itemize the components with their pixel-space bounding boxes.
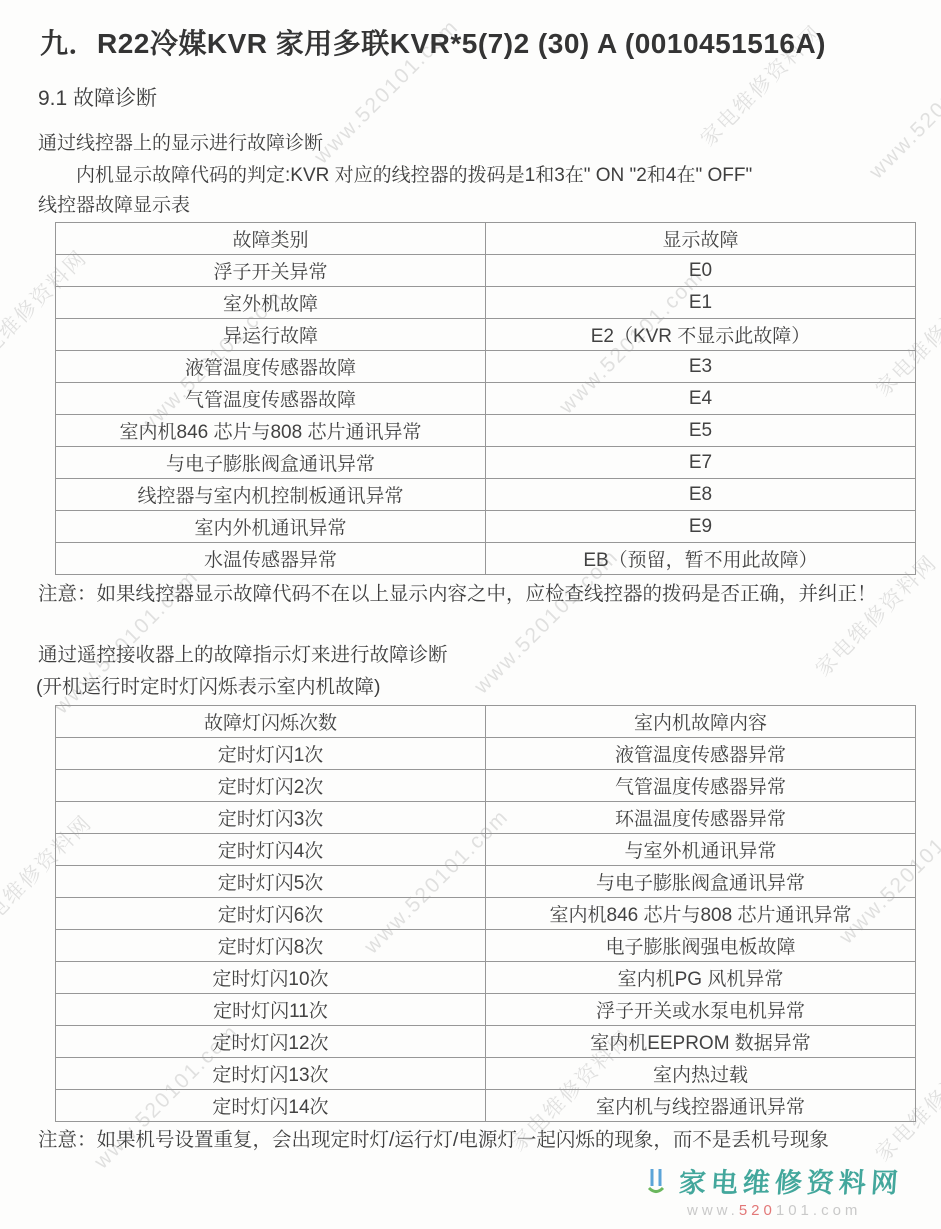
- table-row: 定时灯闪8次电子膨胀阀强电板故障: [56, 930, 916, 962]
- site-logo-icon: [647, 1165, 675, 1200]
- wire-controller-fault-table: 故障类别 显示故障 浮子开关异常E0室外机故障E1异运行故障E2（KVR 不显示…: [55, 222, 916, 575]
- table-cell: 线控器与室内机控制板通讯异常: [56, 479, 486, 511]
- table-cell: 室内机EEPROM 数据异常: [486, 1026, 916, 1058]
- table-row: 定时灯闪4次与室外机通讯异常: [56, 834, 916, 866]
- table-cell: 异运行故障: [56, 319, 486, 351]
- site-watermark-corner: 家电维修资料网 www.520101.com: [647, 1161, 935, 1219]
- table-cell: E4: [486, 383, 916, 415]
- table-row: 与电子膨胀阀盒通讯异常E7: [56, 447, 916, 479]
- table-cell: 定时灯闪11次: [56, 994, 486, 1026]
- site-url-text: www.520101.com: [687, 1202, 935, 1219]
- table-cell: 室内机846 芯片与808 芯片通讯异常: [486, 898, 916, 930]
- table-cell: 室内机与线控器通讯异常: [486, 1090, 916, 1122]
- note-after-table2: 注意：如果机号设置重复，会出现定时灯/运行灯/电源灯一起闪烁的现象，而不是丢机号…: [38, 1125, 926, 1156]
- table-cell: 与电子膨胀阀盒通讯异常: [486, 866, 916, 898]
- table-cell: 定时灯闪8次: [56, 930, 486, 962]
- table-cell: 气管温度传感器故障: [56, 383, 486, 415]
- table-cell: E7: [486, 447, 916, 479]
- table-cell: 与室外机通讯异常: [486, 834, 916, 866]
- table-cell: 室内热过载: [486, 1058, 916, 1090]
- table-row: 定时灯闪14次室内机与线控器通讯异常: [56, 1090, 916, 1122]
- column-header: 显示故障: [486, 223, 916, 255]
- table-row: 液管温度传感器故障E3: [56, 351, 916, 383]
- table-row: 气管温度传感器故障E4: [56, 383, 916, 415]
- document-page: 九．R22冷媒KVR 家用多联KVR*5(7)2 (30) A (0010451…: [0, 26, 941, 1156]
- table-cell: 定时灯闪5次: [56, 866, 486, 898]
- table-row: 定时灯闪11次浮子开关或水泵电机异常: [56, 994, 916, 1026]
- table-cell: EB（预留，暂不用此故障）: [486, 543, 916, 575]
- table-row: 定时灯闪10次室内机PG 风机异常: [56, 962, 916, 994]
- table-cell: 环温温度传感器异常: [486, 802, 916, 834]
- table-header-row: 故障类别 显示故障: [56, 223, 916, 255]
- column-header: 室内机故障内容: [486, 706, 916, 738]
- table-cell: 电子膨胀阀强电板故障: [486, 930, 916, 962]
- table-cell: 定时灯闪1次: [56, 738, 486, 770]
- site-name-text: 家电维修资料网: [678, 1161, 905, 1200]
- table-cell: 定时灯闪3次: [56, 802, 486, 834]
- intro-line-2: 内机显示故障代码的判定:KVR 对应的线控器的拨码是1和3在" ON "2和4在…: [76, 162, 941, 190]
- table-cell: 定时灯闪10次: [56, 962, 486, 994]
- intro-line-1: 通过线控器上的显示进行故障诊断: [38, 130, 941, 158]
- table-cell: 液管温度传感器异常: [486, 738, 916, 770]
- table-row: 定时灯闪6次室内机846 芯片与808 芯片通讯异常: [56, 898, 916, 930]
- table-row: 定时灯闪12次室内机EEPROM 数据异常: [56, 1026, 916, 1058]
- table-cell: E1: [486, 287, 916, 319]
- intro-line-3: 线控器故障显示表: [38, 192, 941, 220]
- indicator-lamp-fault-table: 故障灯闪烁次数 室内机故障内容 定时灯闪1次液管温度传感器异常定时灯闪2次气管温…: [55, 705, 916, 1122]
- table-row: 定时灯闪13次室内热过载: [56, 1058, 916, 1090]
- table-row: 室内外机通讯异常E9: [56, 511, 916, 543]
- table-cell: E9: [486, 511, 916, 543]
- table-row: 线控器与室内机控制板通讯异常E8: [56, 479, 916, 511]
- note-after-table1: 注意：如果线控器显示故障代码不在以上显示内容之中，应检查线控器的拨码是否正确，并…: [38, 579, 926, 610]
- table-cell: E0: [486, 255, 916, 287]
- table-cell: 液管温度传感器故障: [56, 351, 486, 383]
- table-header-row: 故障灯闪烁次数 室内机故障内容: [56, 706, 916, 738]
- table-row: 异运行故障E2（KVR 不显示此故障）: [56, 319, 916, 351]
- table-cell: 定时灯闪2次: [56, 770, 486, 802]
- table-cell: E2（KVR 不显示此故障）: [486, 319, 916, 351]
- table-row: 室外机故障E1: [56, 287, 916, 319]
- table-cell: 室内外机通讯异常: [56, 511, 486, 543]
- table-row: 定时灯闪1次液管温度传感器异常: [56, 738, 916, 770]
- table-row: 定时灯闪2次气管温度传感器异常: [56, 770, 916, 802]
- table-cell: 与电子膨胀阀盒通讯异常: [56, 447, 486, 479]
- table-cell: E5: [486, 415, 916, 447]
- section2-subheading: (开机运行时定时灯闪烁表示室内机故障): [36, 672, 941, 702]
- table-row: 定时灯闪5次与电子膨胀阀盒通讯异常: [56, 866, 916, 898]
- column-header: 故障灯闪烁次数: [56, 706, 486, 738]
- table-cell: 室外机故障: [56, 287, 486, 319]
- table-cell: E8: [486, 479, 916, 511]
- section2-heading: 通过遥控接收器上的故障指示灯来进行故障诊断: [38, 640, 941, 670]
- table-cell: E3: [486, 351, 916, 383]
- table-cell: 定时灯闪12次: [56, 1026, 486, 1058]
- table-cell: 浮子开关或水泵电机异常: [486, 994, 916, 1026]
- table-cell: 定时灯闪13次: [56, 1058, 486, 1090]
- section-number-heading: 9.1 故障诊断: [38, 86, 941, 112]
- table-row: 浮子开关异常E0: [56, 255, 916, 287]
- table-cell: 水温传感器异常: [56, 543, 486, 575]
- site-url-highlight: 520: [739, 1202, 776, 1219]
- table-row: 水温传感器异常EB（预留，暂不用此故障）: [56, 543, 916, 575]
- table-cell: 定时灯闪6次: [56, 898, 486, 930]
- table-cell: 定时灯闪14次: [56, 1090, 486, 1122]
- table-cell: 室内机846 芯片与808 芯片通讯异常: [56, 415, 486, 447]
- table-row: 定时灯闪3次环温温度传感器异常: [56, 802, 916, 834]
- column-header: 故障类别: [56, 223, 486, 255]
- site-url-suffix: 101.com: [776, 1202, 862, 1219]
- table-cell: 气管温度传感器异常: [486, 770, 916, 802]
- table-cell: 室内机PG 风机异常: [486, 962, 916, 994]
- table-cell: 浮子开关异常: [56, 255, 486, 287]
- page-title: 九．R22冷媒KVR 家用多联KVR*5(7)2 (30) A (0010451…: [40, 26, 921, 62]
- site-url-prefix: www.: [687, 1202, 739, 1219]
- table-row: 室内机846 芯片与808 芯片通讯异常E5: [56, 415, 916, 447]
- table-cell: 定时灯闪4次: [56, 834, 486, 866]
